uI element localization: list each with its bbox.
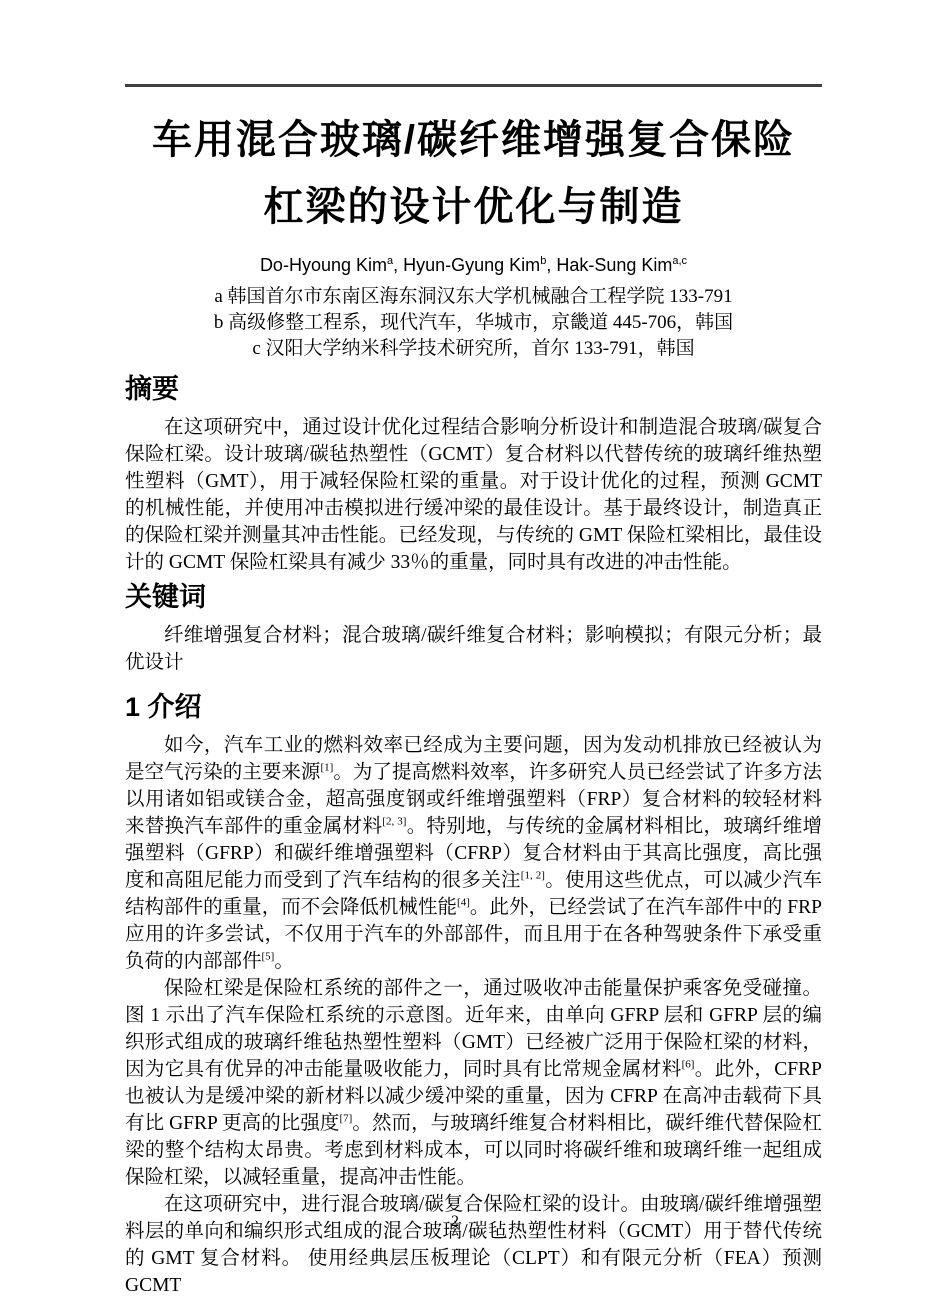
paper-title-line2: 杠梁的设计优化与制造 bbox=[125, 174, 822, 241]
keywords-paragraph: 纤维增强复合材料；混合玻璃/碳纤维复合材料；影响模拟；有限元分析；最优设计 bbox=[125, 622, 822, 676]
citation-ref-6: [6] bbox=[682, 1059, 695, 1071]
paper-title: 车用混合玻璃/碳纤维增强复合保险 杠梁的设计优化与制造 bbox=[125, 107, 822, 241]
paper-title-line1: 车用混合玻璃/碳纤维增强复合保险 bbox=[125, 107, 822, 174]
citation-ref-1: [1] bbox=[320, 762, 333, 774]
author-name: Do-Hyoung Kim bbox=[260, 255, 387, 275]
citation-ref-2-3: [2, 3] bbox=[382, 816, 406, 828]
affiliation-list: a 韩国首尔市东南区海东洞汉东大学机械融合工程学院 133-791 b 高级修整… bbox=[125, 284, 822, 362]
author-separator: , bbox=[393, 255, 403, 275]
citation-ref-4: [4] bbox=[457, 897, 470, 909]
author-line: Do-Hyoung Kima, Hyun-Gyung Kimb, Hak-Sun… bbox=[125, 253, 822, 277]
author-name: Hak-Sung Kim bbox=[556, 255, 672, 275]
citation-ref-7: [7] bbox=[340, 1113, 353, 1125]
header-rule bbox=[125, 84, 822, 87]
introduction-heading: 1 介绍 bbox=[125, 690, 822, 724]
citation-ref-5: [5] bbox=[262, 951, 275, 963]
affiliation-b: b 高级修整工程系，现代汽车，华城市，京畿道 445-706，韩国 bbox=[125, 310, 822, 336]
author-affiliation-mark: a,c bbox=[672, 255, 687, 267]
citation-ref-1-2: [1, 2] bbox=[521, 870, 545, 882]
author-name: Hyun-Gyung Kim bbox=[403, 255, 540, 275]
page-content: 车用混合玻璃/碳纤维增强复合保险 杠梁的设计优化与制造 Do-Hyoung Ki… bbox=[125, 0, 822, 1299]
affiliation-a: a 韩国首尔市东南区海东洞汉东大学机械融合工程学院 133-791 bbox=[125, 284, 822, 310]
text-segment: 。 bbox=[274, 951, 294, 972]
page-number: 2 bbox=[0, 1213, 910, 1231]
paper-page: 车用混合玻璃/碳纤维增强复合保险 杠梁的设计优化与制造 Do-Hyoung Ki… bbox=[0, 0, 926, 1309]
author-separator: , bbox=[546, 255, 556, 275]
intro-paragraph-2: 保险杠梁是保险杠系统的部件之一，通过吸收冲击能量保护乘客免受碰撞。图 1 示出了… bbox=[125, 975, 822, 1191]
abstract-heading: 摘要 bbox=[125, 372, 822, 406]
intro-paragraph-3: 在这项研究中，进行混合玻璃/碳复合保险杠梁的设计。由玻璃/碳纤维增强塑料层的单向… bbox=[125, 1191, 822, 1299]
affiliation-c: c 汉阳大学纳米科学技术研究所，首尔 133-791，韩国 bbox=[125, 336, 822, 362]
keywords-heading: 关键词 bbox=[125, 580, 822, 614]
intro-paragraph-1: 如今，汽车工业的燃料效率已经成为主要问题，因为发动机排放已经被认为是空气污染的主… bbox=[125, 732, 822, 975]
abstract-paragraph: 在这项研究中，通过设计优化过程结合影响分析设计和制造混合玻璃/碳复合保险杠梁。设… bbox=[125, 414, 822, 576]
